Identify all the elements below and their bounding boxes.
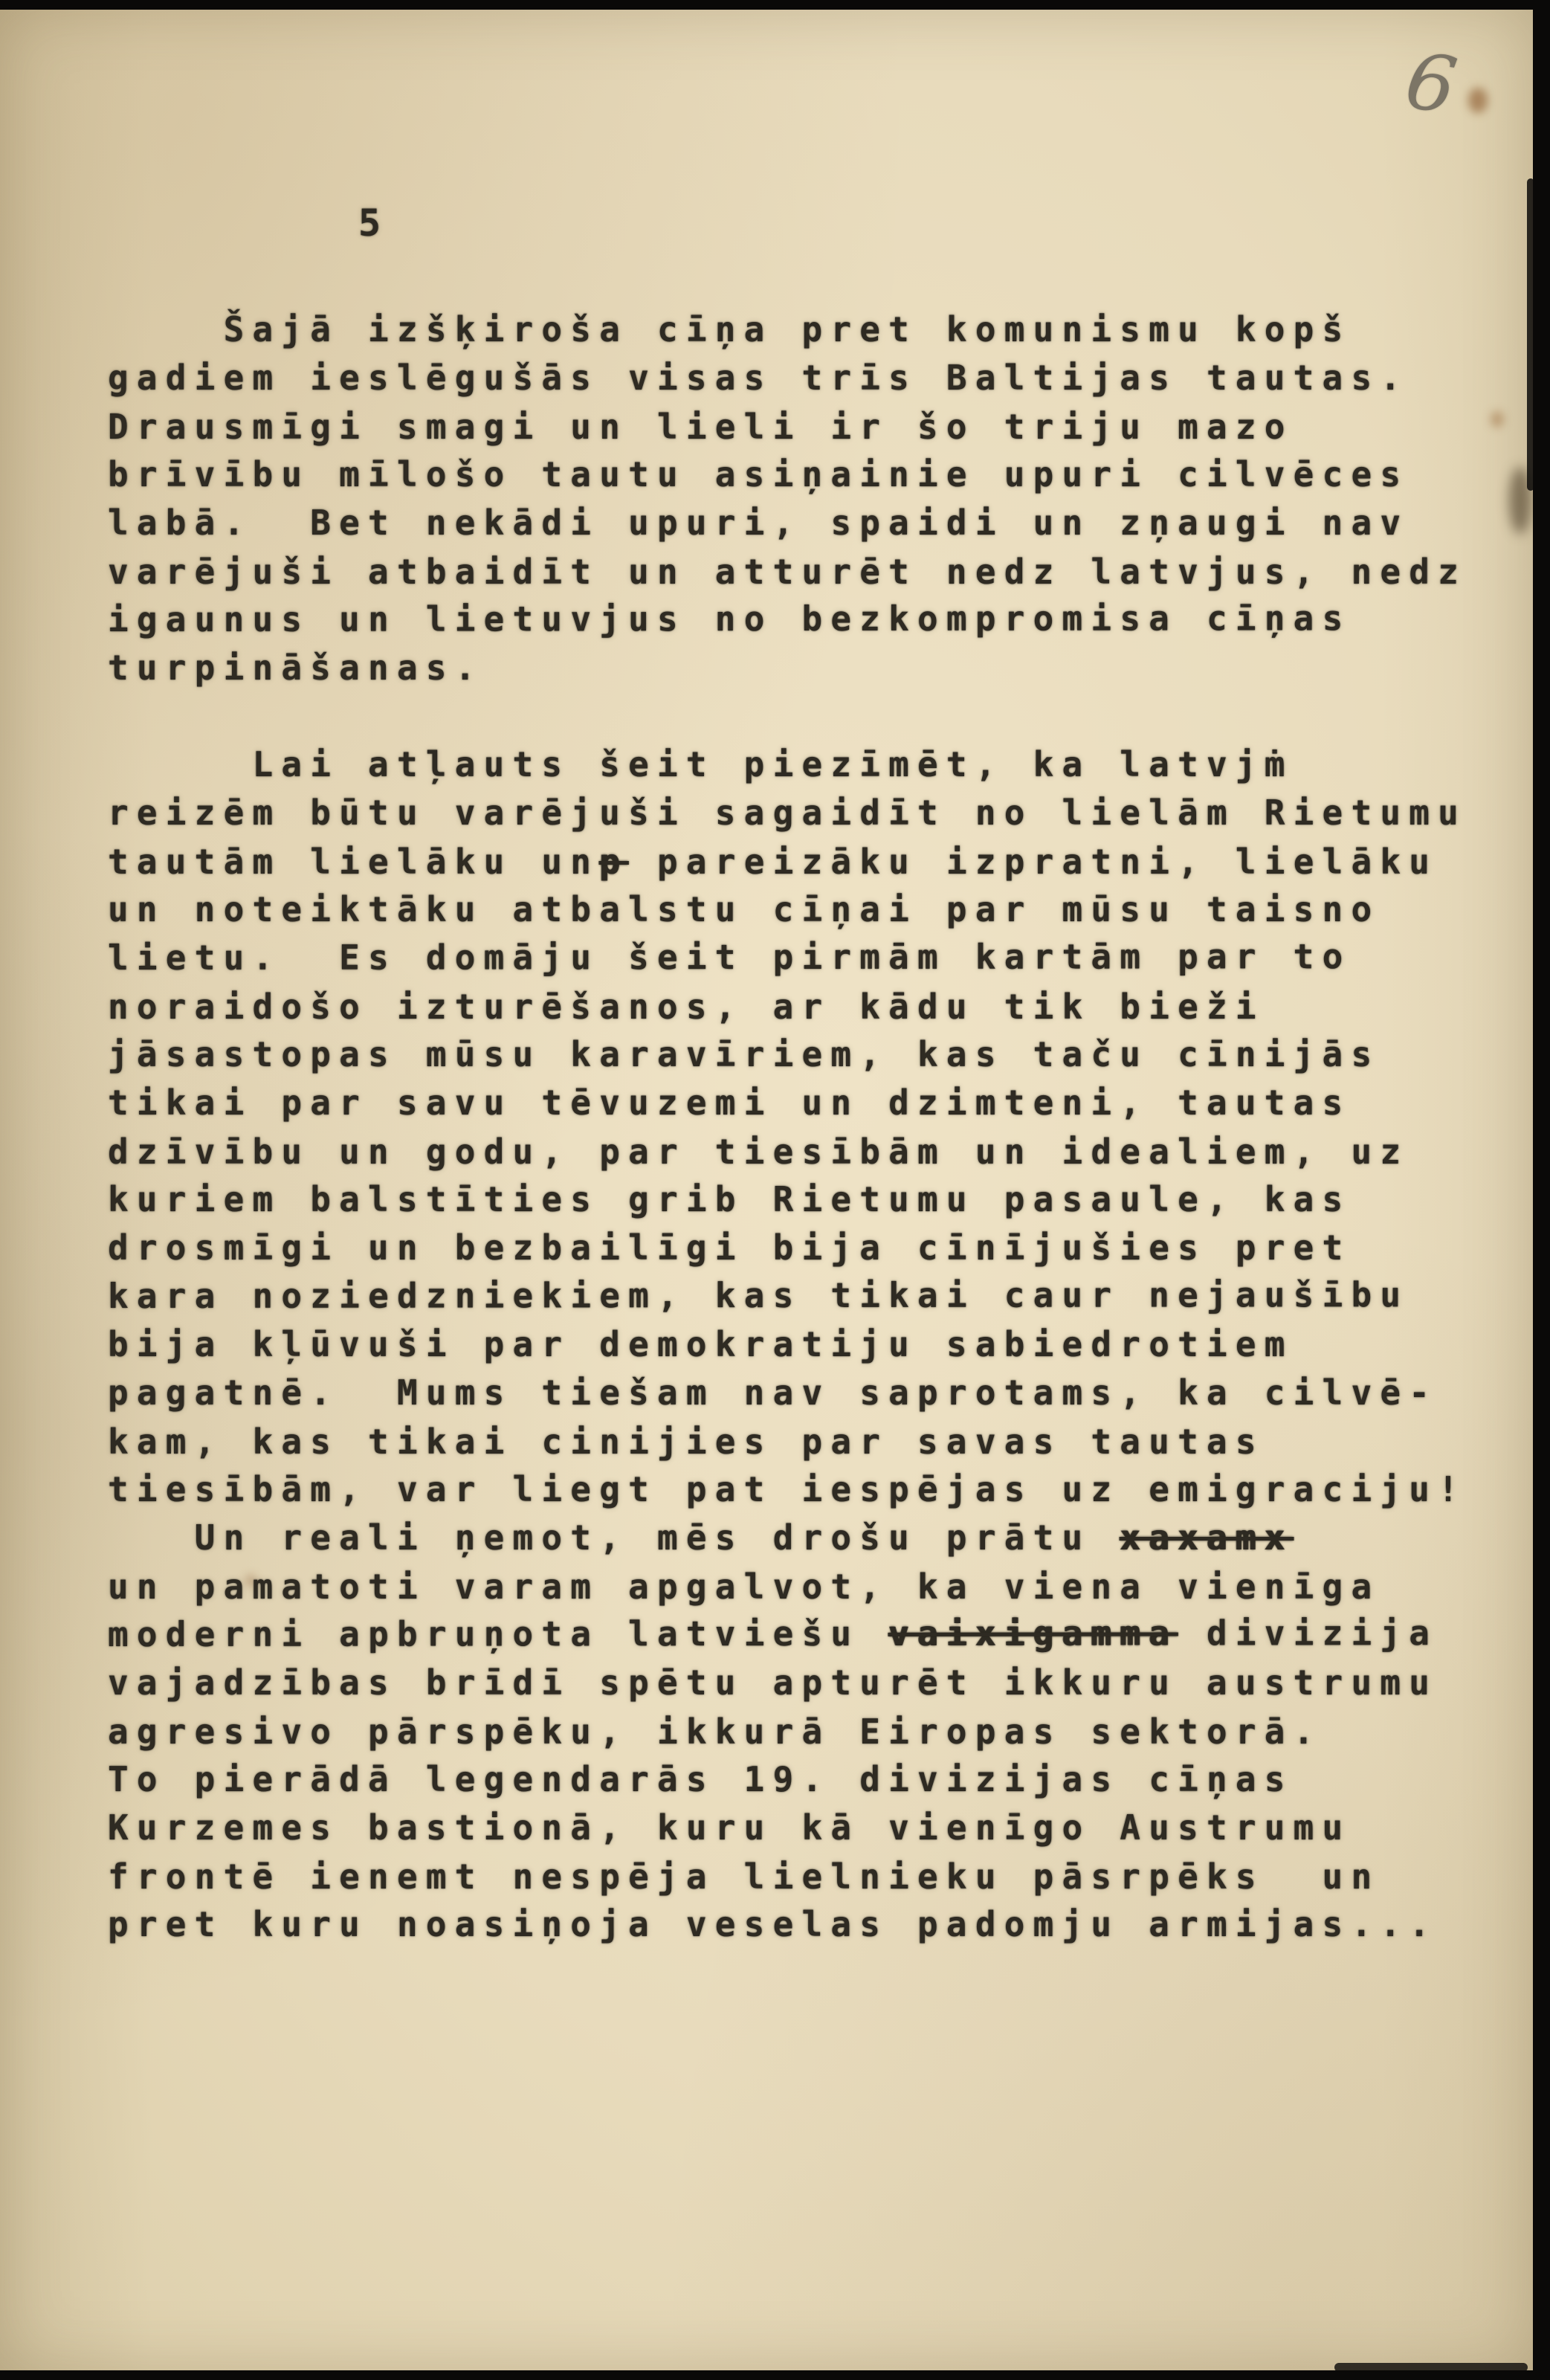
handwritten-page-number: 6	[1400, 35, 1462, 132]
typewritten-line: varējuši atbaidīt un atturēt nedz latvju…	[108, 548, 1505, 596]
typewritten-segment: turpināšanas.	[108, 648, 484, 688]
typewritten-segment: un pamatoti varam apgalvot, ka viena vie…	[108, 1567, 1380, 1607]
typewritten-line: pagatnē. Mums tiešam nav saprotams, ka c…	[108, 1369, 1505, 1417]
typewritten-line: noraidošo izturēšanos, ar kādu tik bieži	[108, 983, 1505, 1031]
typewritten-segment: igaunus un lietuvjus no bezkompromisa cī…	[108, 598, 1352, 639]
typewritten-segment: varējuši atbaidīt un atturēt nedz latvju…	[108, 552, 1467, 592]
typewritten-line: Drausmīgi smagi un lieli ir šo triju maz…	[108, 403, 1505, 451]
typewritten-segment: Drausmīgi smagi un lieli ir šo triju maz…	[108, 407, 1294, 447]
paper-stain	[1468, 88, 1488, 113]
typewritten-segment: frontē ienemt nespēja lielnieku pāsrpēks…	[108, 1857, 1380, 1897]
typewritten-line: vajadzības brīdī spētu apturēt ikkuru au…	[108, 1659, 1505, 1707]
typewritten-line: lietu. Es domāju šeit pirmām kartām par …	[108, 932, 1505, 982]
typewriter-strikeout: p	[599, 842, 628, 882]
typewritten-line: moderni apbruņota latviešu vaixigamma di…	[108, 1609, 1505, 1659]
typewritten-segment: jāsastopas mūsu karavīriem, kas taču cīn…	[108, 1034, 1380, 1074]
scanned-document: { "meta": { "typed_page_number": "5", "h…	[0, 0, 1550, 2380]
typewritten-line: un noteiktāku atbalstu cīņai par mūsu ta…	[108, 886, 1505, 934]
typewriter-strikeout: vaixigamma	[888, 1613, 1178, 1653]
typewritten-segment: lietu. Es domāju šeit pirmām kartām par …	[108, 936, 1352, 978]
scan-edge-right	[1533, 0, 1550, 2380]
typewritten-segment: Šajā izšķiroša cīņa pret komunismu kopš	[108, 309, 1351, 349]
typewritten-segment: kam, kas tikai cinijies par savas tautas	[108, 1422, 1265, 1462]
typewritten-segment: dzīvību un godu, par tiesībām un idealie…	[108, 1132, 1409, 1172]
typewritten-segment: drosmīgi un bezbailīgi bija cīnījušies p…	[108, 1228, 1351, 1268]
typewritten-segment: noraidošo izturēšanos, ar kādu tik bieži	[108, 987, 1265, 1027]
typewritten-segment: agresivo pārspēku, ikkurā Eiropas sektor…	[108, 1712, 1323, 1752]
typewritten-segment: To pierādā legendarās 19. divizijas cīņa…	[108, 1759, 1294, 1799]
typewritten-segment: un noteiktāku atbalstu cīņai par mūsu ta…	[108, 889, 1380, 929]
typewritten-line: dzīvību un godu, par tiesībām un idealie…	[108, 1128, 1505, 1176]
typewritten-line: labā. Bet nekādi upuri, spaidi un zņaugi…	[108, 499, 1505, 547]
typewritten-line: un pamatoti varam apgalvot, ka viena vie…	[108, 1563, 1505, 1611]
typewritten-line: Un reali ņemot, mēs drošu prātu xaxamx	[108, 1514, 1505, 1562]
typewritten-segment: tiesībām, var liegt pat iespējas uz emig…	[108, 1469, 1467, 1509]
typewritten-segment: Lai atļauts šeit piezīmēt, ka latvjṁ	[108, 744, 1294, 784]
typewritten-segment: pagatnē. Mums tiešam nav saprotams, ka c…	[108, 1373, 1438, 1413]
paper-sheet: 5 6 Šajā izšķiroša cīņa pret komunismu k…	[0, 10, 1533, 2371]
typewritten-segment: kuriem balstīties grib Rietumu pasaule, …	[108, 1179, 1351, 1219]
typewritten-line: Lai atļauts šeit piezīmēt, ka latvjṁ	[108, 741, 1505, 789]
typewritten-line: tikai par savu tēvuzemi un dzimteni, tau…	[108, 1079, 1505, 1127]
typewritten-segment: tikai par savu tēvuzemi un dzimteni, tau…	[108, 1083, 1351, 1123]
typewritten-line: kara noziedzniekiem, kas tikai caur neja…	[108, 1271, 1505, 1320]
typewritten-segment: kara noziedzniekiem, kas tikai caur neja…	[108, 1274, 1409, 1316]
typewritten-line: igaunus un lietuvjus no bezkompromisa cī…	[108, 594, 1505, 644]
typewritten-line: kam, kas tikai cinijies par savas tautas	[108, 1418, 1505, 1466]
typewritten-line: kuriem balstīties grib Rietumu pasaule, …	[108, 1176, 1505, 1224]
typewritten-line: tiesībām, var liegt pat iespējas uz emig…	[108, 1465, 1505, 1514]
typewritten-segment: pareizāku izpratni, lielāku	[628, 842, 1438, 882]
typewritten-segment: brīvību mīlošo tautu asiņainie upuri cil…	[108, 454, 1409, 494]
typed-page-number: 5	[358, 201, 388, 245]
typewritten-line: jāsastopas mūsu karavīriem, kas taču cīn…	[108, 1031, 1505, 1079]
typewritten-line: To pierādā legendarās 19. divizijas cīņa…	[108, 1755, 1505, 1804]
scan-edge-top	[0, 0, 1550, 10]
typewritten-segment: vajadzības brīdī spētu apturēt ikkuru au…	[108, 1663, 1438, 1703]
typewritten-line: bija kļūvuši par demokratiju sabiedrotie…	[108, 1320, 1505, 1369]
typewritten-line: pret kuru noasiņoja veselas padomju armi…	[108, 1900, 1505, 1949]
typewritten-segment: tautām lielāku un	[108, 842, 599, 882]
typewritten-line: reizēm būtu varējuši sagaidīt no lielām …	[108, 789, 1505, 837]
typewritten-segment: reizēm būtu varējuši sagaidīt no lielām …	[108, 793, 1467, 833]
typewritten-segment: labā. Bet nekādi upuri, spaidi un zņaugi…	[108, 503, 1409, 543]
typewritten-segment: Kurzemes bastionā, kuru kā vienīgo Austr…	[108, 1807, 1351, 1848]
typewritten-line: Šajā izšķiroša cīņa pret komunismu kopš	[108, 306, 1505, 354]
typewritten-line: gadiem ieslēgušās visas trīs Baltijas ta…	[108, 354, 1505, 402]
typewritten-segment: divizija	[1178, 1613, 1438, 1653]
typewritten-line	[108, 693, 1505, 741]
typewritten-segment: moderni apbruņota latviešu	[108, 1613, 888, 1654]
typewritten-line: tautām lielāku unp pareizāku izpratni, l…	[108, 838, 1505, 886]
typewritten-segment: gadiem ieslēgušās visas trīs Baltijas ta…	[108, 358, 1409, 398]
typewritten-segment: Un reali ņemot, mēs drošu prātu	[108, 1518, 1120, 1558]
typewritten-line: turpināšanas.	[108, 644, 1505, 692]
typewritten-line: Kurzemes bastionā, kuru kā vienīgo Austr…	[108, 1804, 1505, 1852]
typewritten-line: agresivo pārspēku, ikkurā Eiropas sektor…	[108, 1708, 1505, 1756]
typewriter-strikeout: xaxamx	[1120, 1518, 1293, 1558]
typewritten-text-block: Šajā izšķiroša cīņa pret komunismu kopšg…	[108, 306, 1505, 1949]
typewritten-line: drosmīgi un bezbailīgi bija cīnījušies p…	[108, 1224, 1505, 1272]
scan-edge-bottom	[0, 2370, 1550, 2380]
typewritten-line: brīvību mīlošo tautu asiņainie upuri cil…	[108, 451, 1505, 499]
typewritten-line: frontē ienemt nespēja lielnieku pāsrpēks…	[108, 1853, 1505, 1901]
typewritten-segment: bija kļūvuši par demokratiju sabiedrotie…	[108, 1324, 1294, 1364]
typewritten-segment: pret kuru noasiņoja veselas padomju armi…	[108, 1904, 1438, 1944]
